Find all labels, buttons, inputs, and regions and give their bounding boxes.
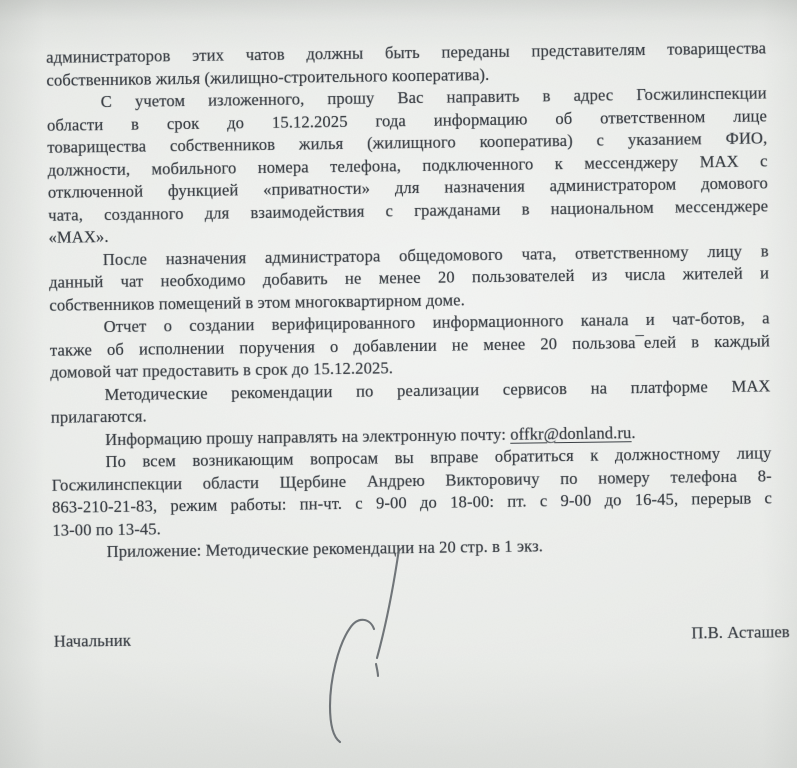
signatory-name: П.В. Асташев	[691, 621, 790, 645]
signatory-title: Начальник	[54, 629, 131, 653]
signature-block: Начальник П.В. Асташев	[54, 621, 790, 653]
document-body: администраторов этих чатов должны быть п…	[46, 37, 774, 652]
scanned-document-page: администраторов этих чатов должны быть п…	[0, 0, 797, 768]
letter-text: администраторов этих чатов должны быть п…	[46, 37, 773, 564]
email-address: offkr@donland.ru	[510, 423, 631, 444]
